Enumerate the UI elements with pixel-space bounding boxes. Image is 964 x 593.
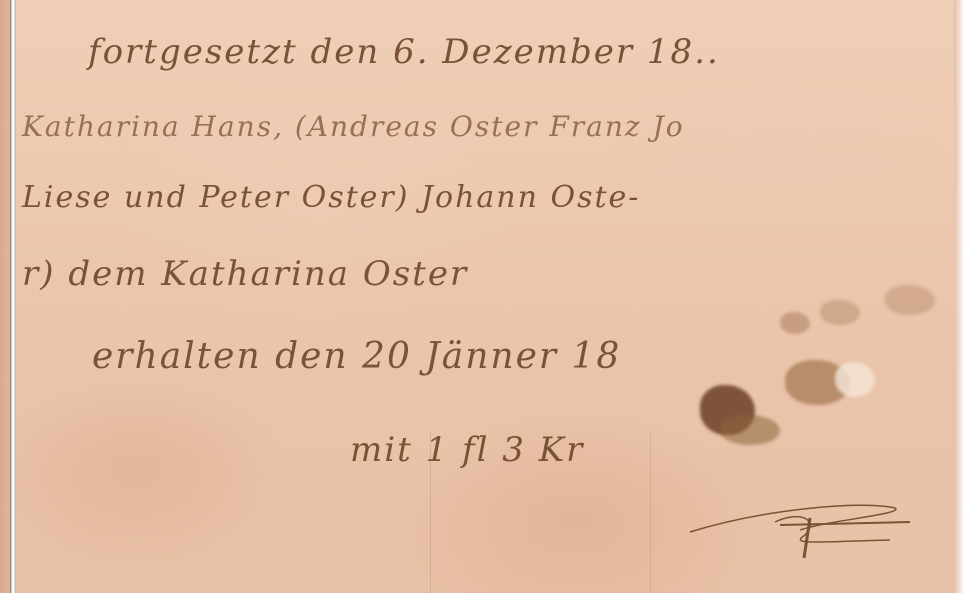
manuscript-line-1: fortgesetzt den 6. Dezember 18.. xyxy=(88,32,720,72)
paper-right-edge xyxy=(954,0,964,593)
manuscript-line-4: r) dem Katharina Oster xyxy=(22,254,468,294)
manuscript-line-6: mit 1 fl 3 Kr xyxy=(350,430,584,470)
foxing-spot xyxy=(820,300,860,325)
ink-stain xyxy=(720,415,780,445)
foxing-spot xyxy=(885,285,935,315)
manuscript-line-5: erhalten den 20 Jänner 18 xyxy=(92,336,621,377)
manuscript-line-2: Katharina Hans, (Andreas Oster Franz Jo xyxy=(22,110,685,143)
foxing-spot xyxy=(780,312,810,334)
manuscript-line-3: Liese und Peter Oster) Johann Oste- xyxy=(22,180,640,215)
signature-flourish-icon xyxy=(680,480,920,560)
document-scan: fortgesetzt den 6. Dezember 18.. Kathari… xyxy=(0,0,964,593)
paper-crease xyxy=(650,430,651,593)
worn-spot xyxy=(835,362,875,397)
